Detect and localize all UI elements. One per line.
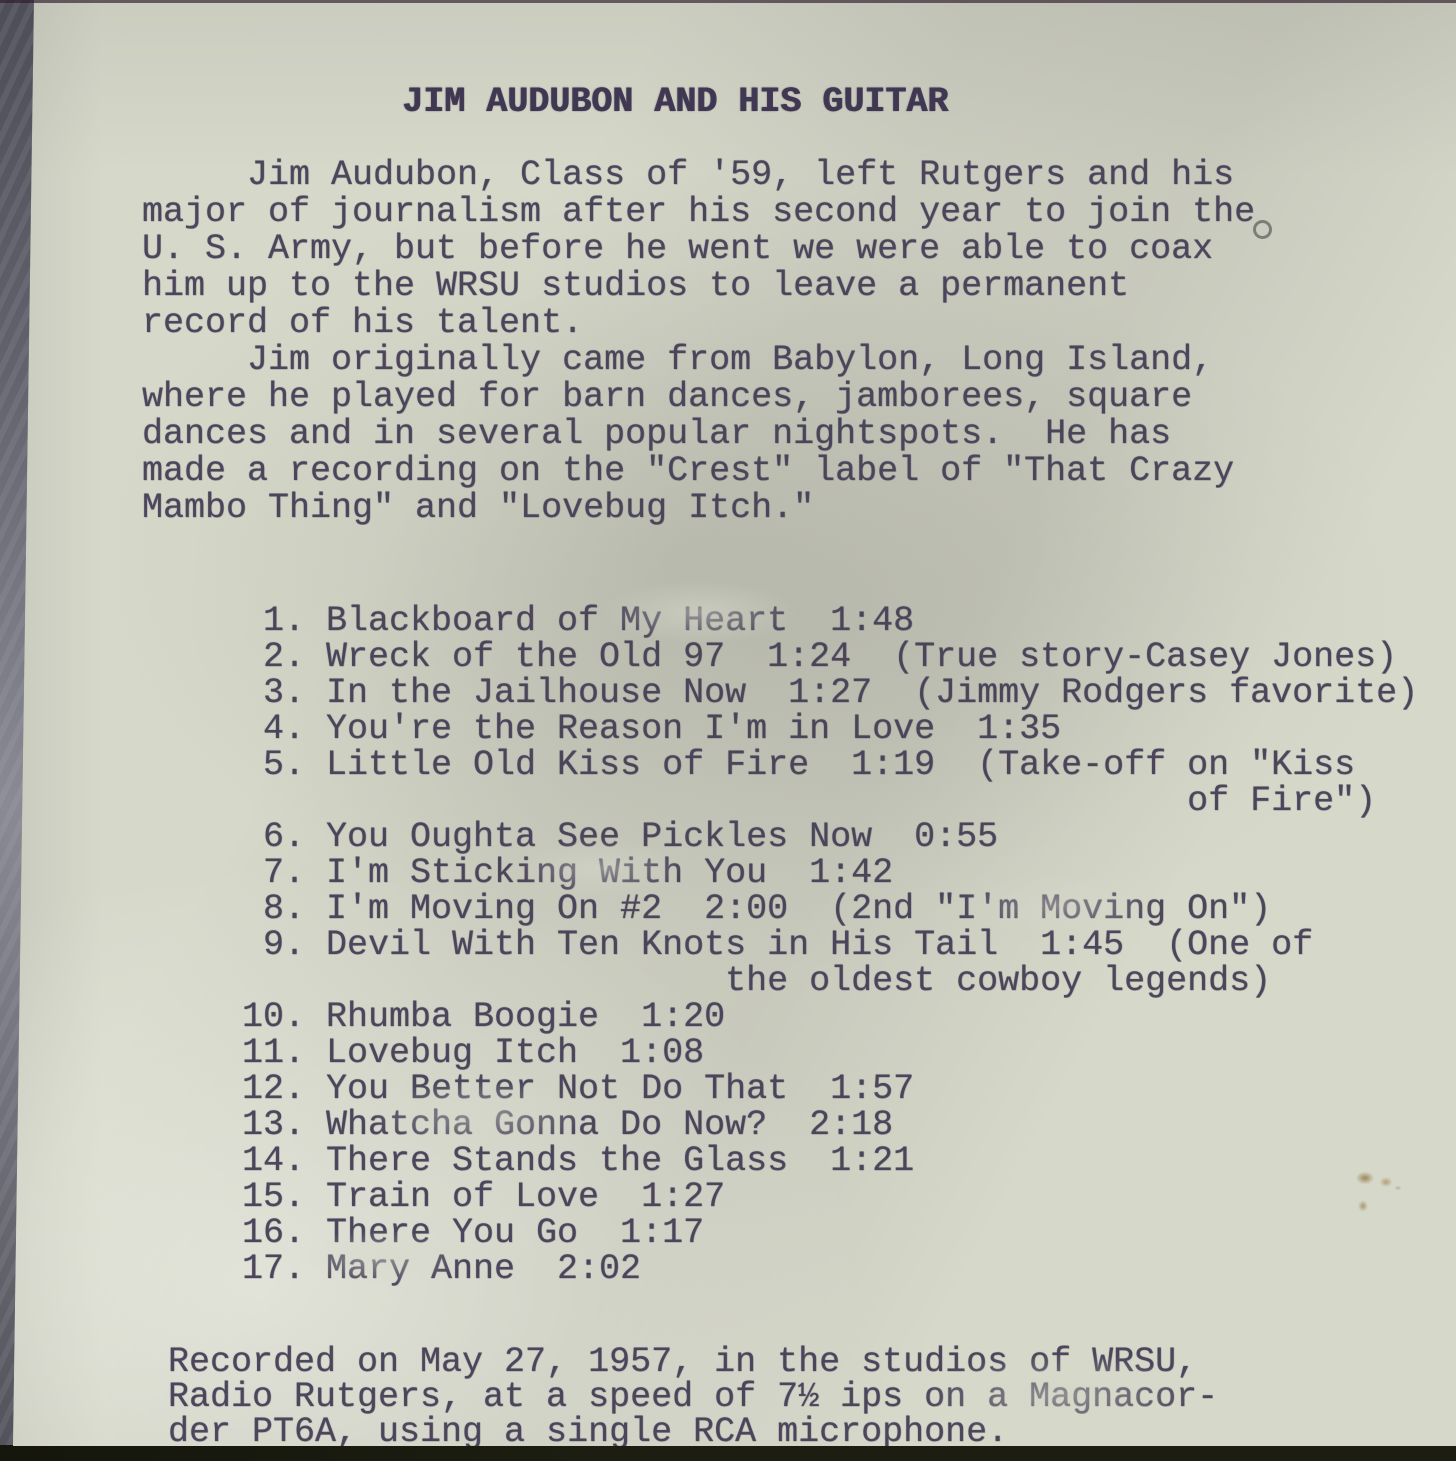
track-list-line: 5. Little Old Kiss of Fire 1:19 (Take-of… [242,747,1456,783]
text-line: Radio Rutgers, at a speed of 7½ ips on a… [168,1380,1456,1415]
text-line: where he played for barn dances, jambore… [142,379,1456,416]
recording-note: Recorded on May 27, 1957, in the studios… [168,1345,1456,1450]
text-line: record of his talent. [142,305,1456,342]
document-title: JIM AUDUBON AND HIS GUITAR [402,84,1456,121]
track-list-line: 6. You Oughta See Pickles Now 0:55 [242,819,1456,855]
table-surface-bottom-edge [0,1445,1456,1461]
track-list-line: 9. Devil With Ten Knots in His Tail 1:45… [242,927,1456,963]
track-list-line: 3. In the Jailhouse Now 1:27 (Jimmy Rodg… [242,675,1456,711]
intro-paragraph-2: Jim originally came from Babylon, Long I… [142,342,1456,527]
intro-paragraph-1: Jim Audubon, Class of '59, left Rutgers … [142,157,1456,342]
track-list-line: 15. Train of Love 1:27 [242,1179,1456,1215]
track-list: 1. Blackboard of My Heart 1:48 2. Wreck … [242,603,1456,1287]
text-line: Jim Audubon, Class of '59, left Rutgers … [142,157,1456,194]
text-line: Recorded on May 27, 1957, in the studios… [168,1345,1456,1380]
track-list-line: 14. There Stands the Glass 1:21 [242,1143,1456,1179]
photo-top-edge [0,0,1456,3]
track-list-line: 17. Mary Anne 2:02 [242,1251,1456,1287]
text-line: Mambo Thing" and "Lovebug Itch." [142,490,1456,527]
track-list-line: 13. Whatcha Gonna Do Now? 2:18 [242,1107,1456,1143]
track-list-line: 16. There You Go 1:17 [242,1215,1456,1251]
track-list-line: 11. Lovebug Itch 1:08 [242,1035,1456,1071]
text-line: dances and in several popular nightspots… [142,416,1456,453]
track-list-line: 1. Blackboard of My Heart 1:48 [242,603,1456,639]
track-list-line: the oldest cowboy legends) [242,963,1456,999]
track-list-line: 2. Wreck of the Old 97 1:24 (True story-… [242,639,1456,675]
track-list-line: 12. You Better Not Do That 1:57 [242,1071,1456,1107]
track-list-line: 10. Rhumba Boogie 1:20 [242,999,1456,1035]
track-list-line: 4. You're the Reason I'm in Love 1:35 [242,711,1456,747]
paper-speck [1253,220,1272,239]
text-line: der PT6A, using a single RCA microphone. [168,1415,1456,1450]
typed-page: JIM AUDUBON AND HIS GUITAR Jim Audubon, … [0,0,1456,1461]
typed-content: JIM AUDUBON AND HIS GUITAR Jim Audubon, … [142,0,1456,1450]
track-list-line: 7. I'm Sticking With You 1:42 [242,855,1456,891]
text-line: him up to the WRSU studios to leave a pe… [142,268,1456,305]
track-list-line: 8. I'm Moving On #2 2:00 (2nd "I'm Movin… [242,891,1456,927]
text-line: Jim originally came from Babylon, Long I… [142,342,1456,379]
text-line: made a recording on the "Crest" label of… [142,453,1456,490]
paper-stain [1340,1158,1410,1228]
track-list-line: of Fire") [242,783,1456,819]
